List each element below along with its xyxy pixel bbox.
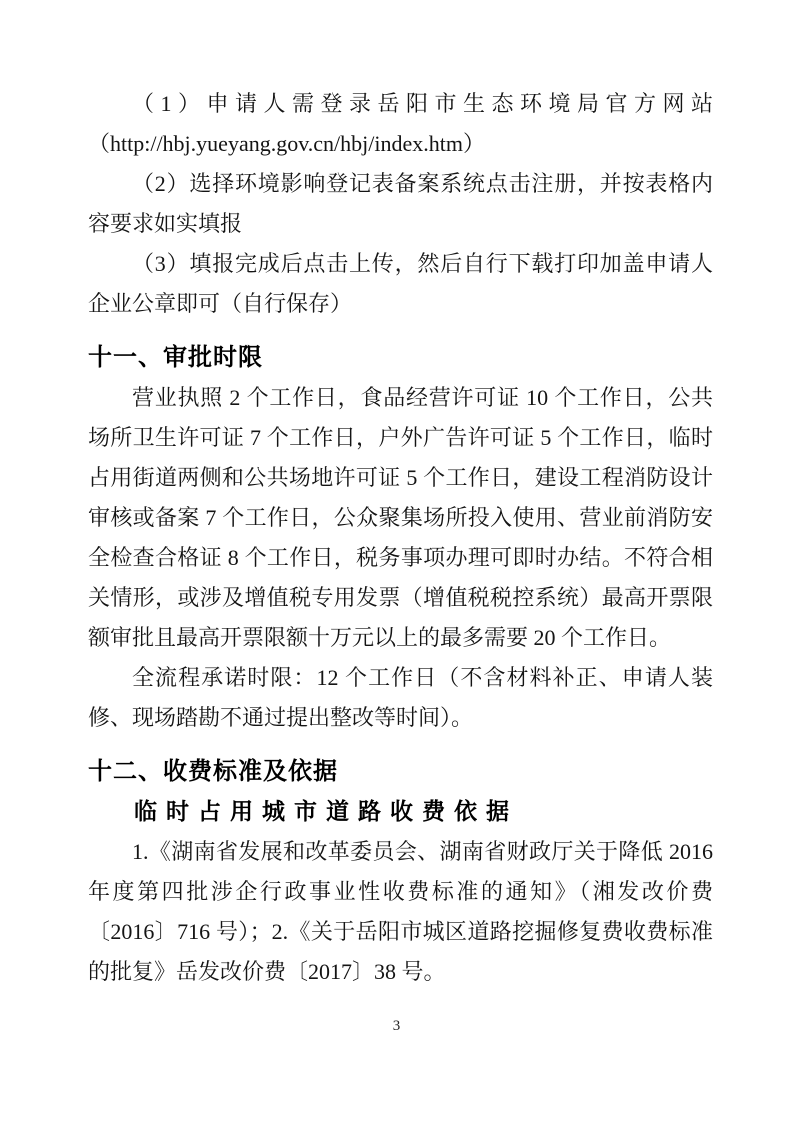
page-number: 3: [0, 1016, 793, 1036]
fee-basis-subheading: 临时占用城市道路收费依据: [88, 792, 713, 832]
document-content: （1）申请人需登录岳阳市生态环境局官方网站（http://hbj.yueyang…: [88, 84, 713, 992]
paragraph-total-process-time: 全流程承诺时限：12 个工作日（不含材料补正、申请人装修、现场踏勘不通过提出整改…: [88, 658, 713, 738]
section-12-heading: 十二、收费标准及依据: [88, 752, 713, 792]
paragraph-approval-time-limits: 营业执照 2 个工作日，食品经营许可证 10 个工作日，公共场所卫生许可证 7 …: [88, 378, 713, 658]
paragraph-step-2: （2）选择环境影响登记表备案系统点击注册，并按表格内容要求如实填报: [88, 164, 713, 244]
document-page: （1）申请人需登录岳阳市生态环境局官方网站（http://hbj.yueyang…: [0, 0, 793, 1122]
section-11-heading: 十一、审批时限: [88, 338, 713, 378]
paragraph-step-3: （3）填报完成后点击上传，然后自行下载打印加盖申请人企业公章即可（自行保存）: [88, 244, 713, 324]
step-1-text: （1）申请人需登录岳阳市生态环境局官方网站: [132, 91, 713, 116]
paragraph-fee-basis: 1.《湖南省发展和改革委员会、湖南省财政厅关于降低 2016 年度第四批涉企行政…: [88, 832, 713, 992]
paragraph-step-1: （1）申请人需登录岳阳市生态环境局官方网站（http://hbj.yueyang…: [88, 84, 713, 164]
step-1-url: （http://hbj.yueyang.gov.cn/hbj/index.htm…: [88, 131, 485, 156]
